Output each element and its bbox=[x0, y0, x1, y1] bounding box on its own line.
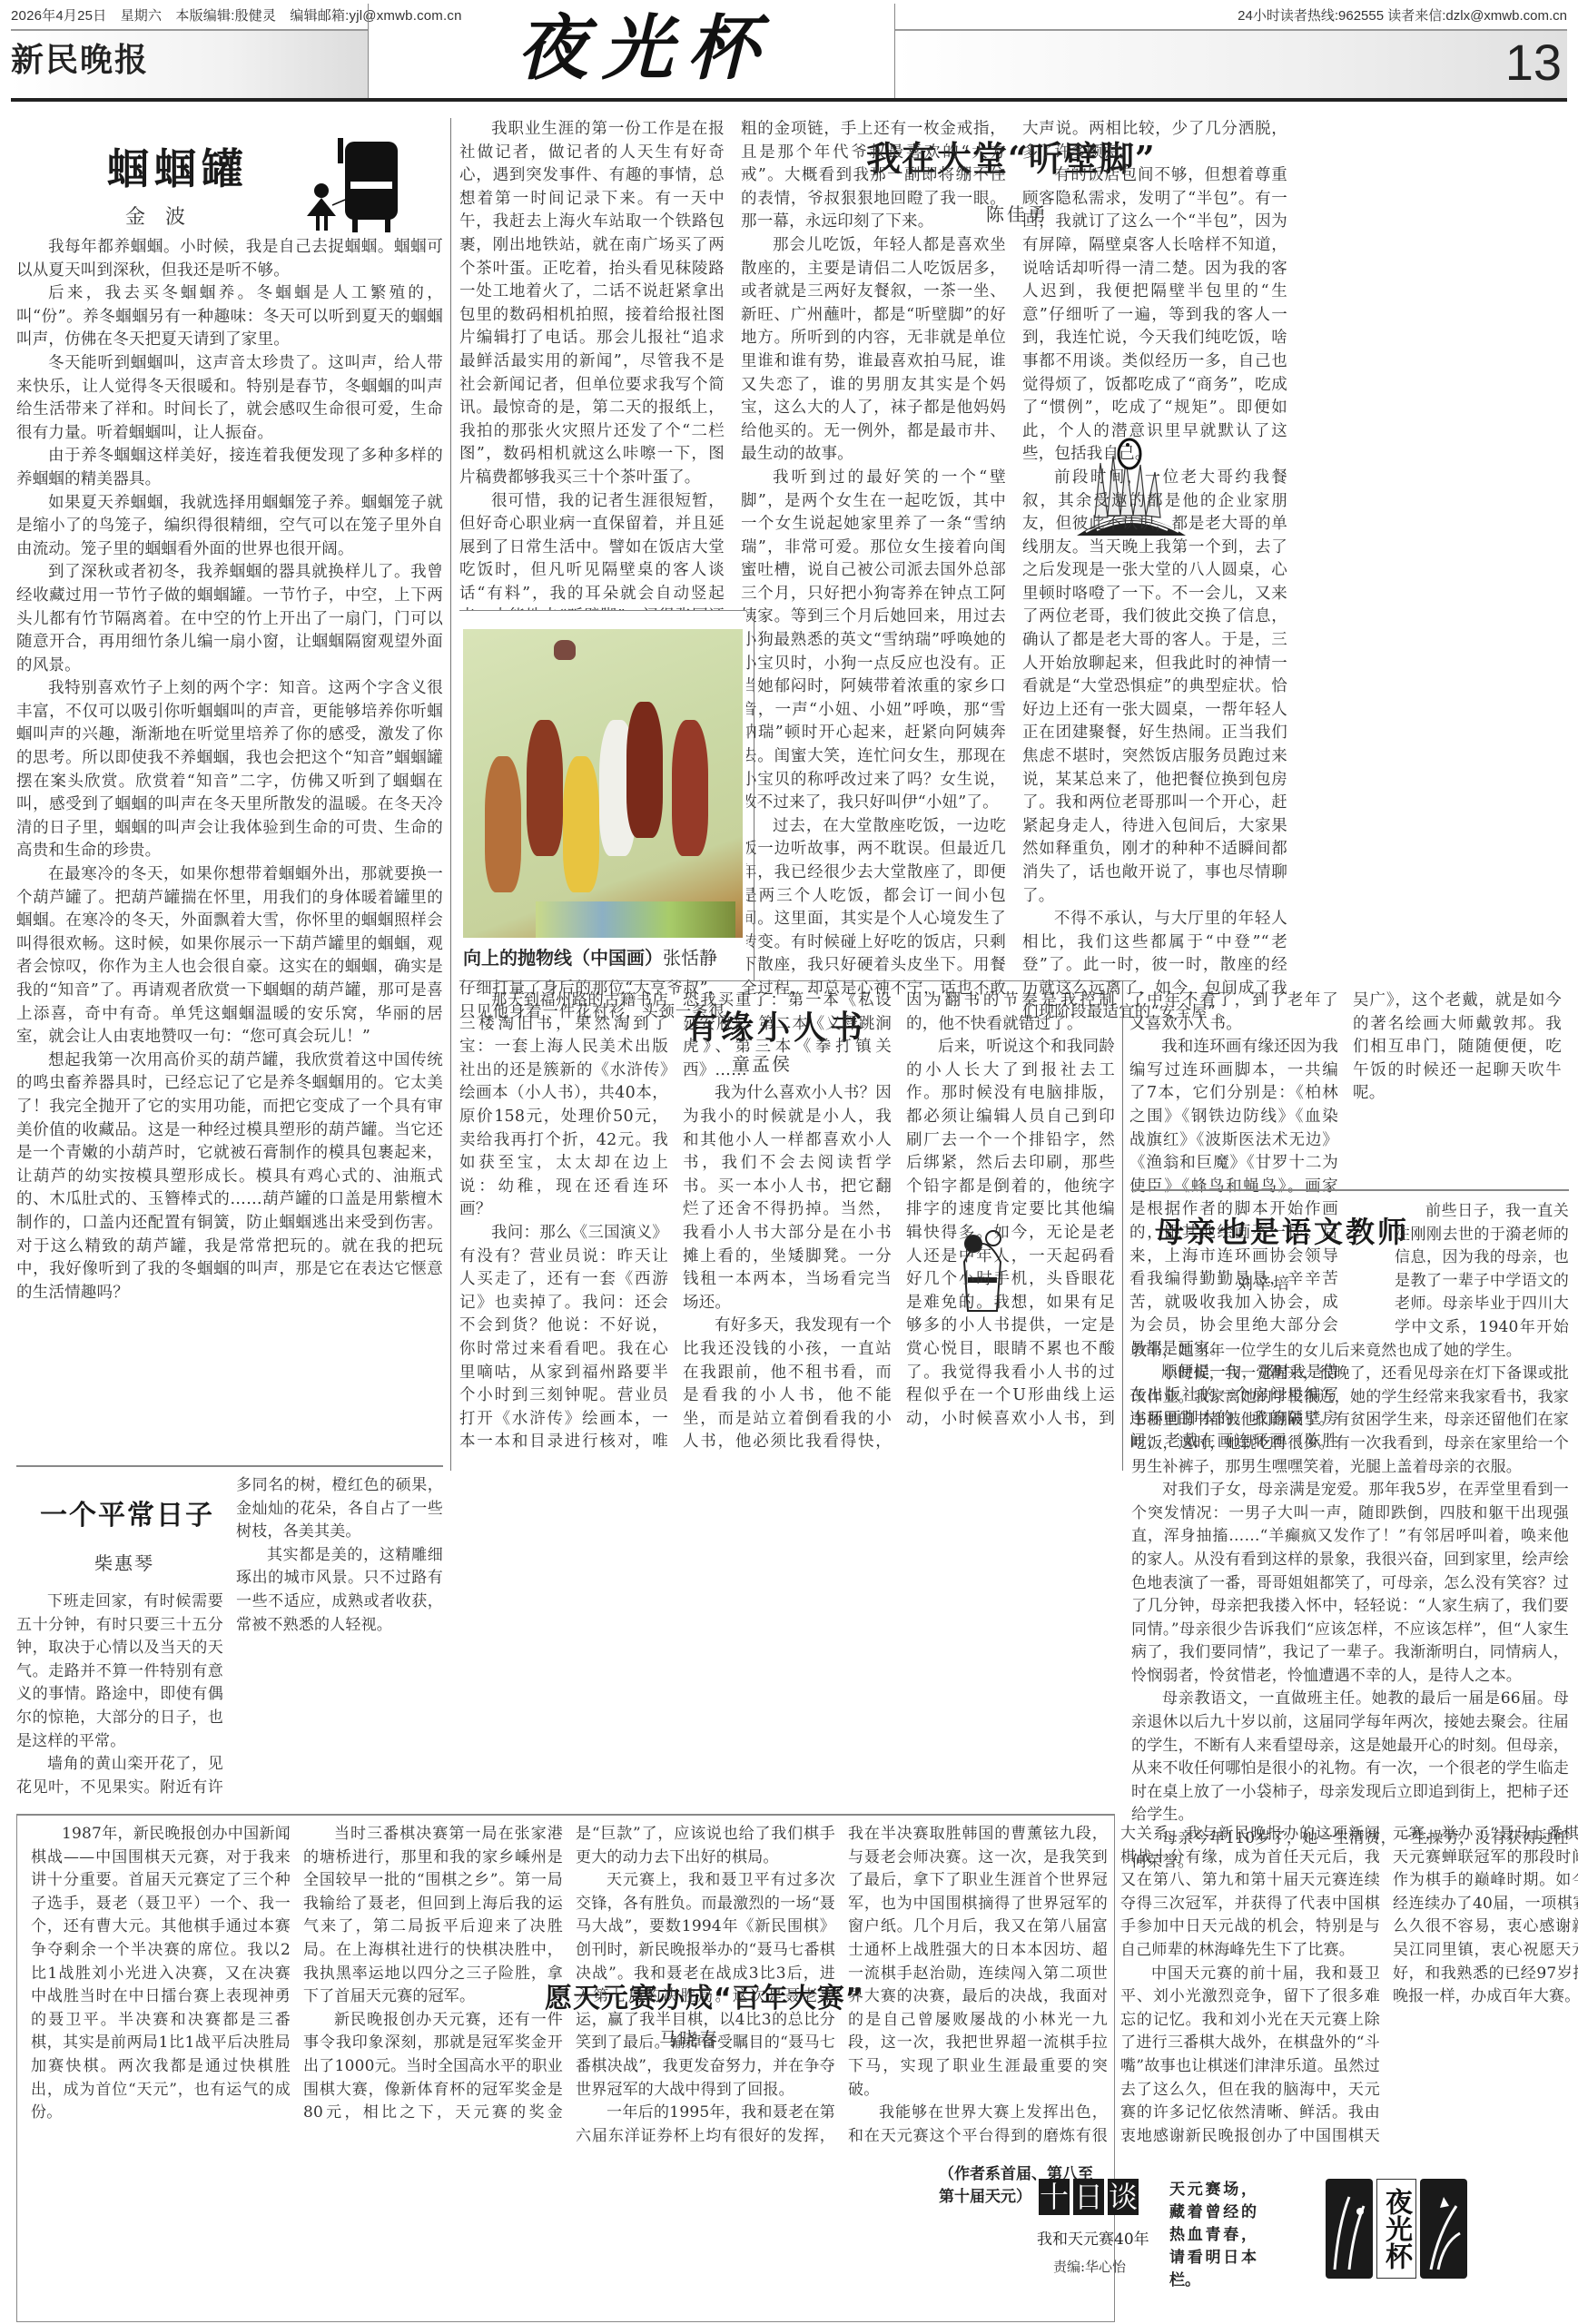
paragraph: 到了深秋或者初冬，我养蝈蝈的器具就换样儿了。我曾经收藏过用一节竹子做的蝈蝈罐。一… bbox=[16, 561, 443, 677]
paragraph: 我特别喜欢竹子上刻的两个字：知音。这两个字含义很丰富，不仅可以吸引你听蝈蝈叫的声… bbox=[16, 677, 443, 863]
section-divider bbox=[459, 980, 1131, 981]
ten-day-teaser: 天元赛场，藏着曾经的热血青春，请看明日本栏。 bbox=[1169, 2179, 1257, 2292]
article-comic-books: 有缘小人书 童孟侯 那天到福州路的古籍书店三楼淘旧书，果然淘到了宝：一套上海人民… bbox=[459, 990, 1115, 1471]
paper-name: 新民晚报 bbox=[11, 34, 149, 81]
article-body: 我每年都养蝈蝈。小时候，我是自己去捉蝈蝈。蝈蝈可以从夏天叫到深秋，但我还是听不够… bbox=[16, 236, 443, 1305]
column-divider bbox=[450, 118, 451, 1471]
paragraph: 母亲教语文，一直做班主任。她教的最后一届是66届。母亲退休以后九十岁以前，这届同… bbox=[1131, 1688, 1569, 1827]
paragraph: 如果夏天养蝈蝈，我就选择用蝈蝈笼子养。蝈蝈笼子就是缩小了的鸟笼子，编织得很精细，… bbox=[16, 492, 443, 562]
paragraph: 后来，我去买冬蝈蝈养。冬蝈蝈是人工繁殖的，叫“份”。养冬蝈蝈另有一种趣味：冬天可… bbox=[16, 282, 443, 352]
article-body: 那天到福州路的古籍书店三楼淘旧书，果然淘到了宝：一套上海人民美术出版社出的还是簇… bbox=[459, 990, 1115, 1471]
title-box bbox=[1131, 1189, 1569, 1191]
painting-title: 向上的抛物线（中国画） bbox=[463, 947, 663, 969]
badge-char: 日 bbox=[1073, 2179, 1104, 2215]
badge-char: 谈 bbox=[1108, 2179, 1139, 2215]
paragraph: 想起我第一次用高价买的葫芦罐，我欣赏着这中国传统的鸣虫畜养器具时，已经忘记了它是… bbox=[16, 1049, 443, 1305]
article-body: 1987年，新民晚报创办中国新闻棋战——中国围棋天元赛，对于我来讲十分重要。首届… bbox=[31, 1823, 1108, 2168]
article-title: 蝈蝈罐 bbox=[107, 136, 249, 196]
masthead-hotline: 24小时读者热线:962555 读者来信:dzlx@xmwb.com.cn bbox=[1238, 5, 1567, 25]
masthead-rule bbox=[11, 98, 1567, 102]
badge-char: 十 bbox=[1039, 2179, 1070, 2215]
painting-image bbox=[463, 629, 743, 938]
painting-artist: 张恬静 bbox=[663, 947, 717, 969]
paragraph: 其实都是美的，这精雕细琢出的城市风景。只不过路有一些不适应，成熟或者收获，常被不… bbox=[236, 1544, 443, 1637]
column-divider bbox=[754, 617, 754, 980]
masthead-date-editor: 2026年4月25日 星期六 本版编辑:殷健灵 编辑邮箱:yjl@xmwb.co… bbox=[11, 5, 462, 25]
footer-logo: 夜光杯 bbox=[1326, 2179, 1474, 2279]
masthead-divider bbox=[368, 4, 369, 102]
paragraph: 天元赛上，我和聂卫平有过多次交锋，各有胜负。而最激烈的一场“聂马大战”，要数19… bbox=[576, 1869, 835, 2102]
paragraph: 有的饭店包间不够，但想着尊重顾客隐私需求，发明了“半包”。有一回，我就订了这么一… bbox=[1022, 164, 1287, 467]
article-cricket-jar: 蝈蝈罐 金 波 我每年都养蝈蝈。小时候，我是自己去捉蝈蝈。蝈蝈可以从夏天叫到深秋… bbox=[16, 118, 443, 1434]
painting-figure: 向上的抛物线（中国画）张恬静 bbox=[459, 610, 746, 973]
article-body: 前些日子，我一直关注刚刚去世的于漪老师的信息，因为我的母亲，也是教了一辈子中学语… bbox=[1131, 1200, 1569, 1874]
child-and-cow-silhouette-icon bbox=[298, 134, 407, 234]
paragraph: 由于养冬蝈蝈这样美好，接连着我便发现了多种多样的养蝈蝈的精美器具。 bbox=[16, 445, 443, 491]
orchid-woodcut-seal-icon bbox=[1326, 2179, 1373, 2279]
article-ordinary-day: 一个平常日子 柴惠琴 下班走回家，有时候需要五十分钟，有时只要三十五分钟，取决于… bbox=[16, 1474, 443, 1810]
paragraph: 那天到福州路的古籍书店三楼淘旧书，果然淘到了宝：一套上海人民美术出版社出的还是簇… bbox=[459, 990, 668, 1222]
paragraph: 我为什么喜欢小人书？因为我小的时候就是小人，我和其他小人一样都喜欢小人书，我们不… bbox=[683, 1082, 892, 1315]
painting-caption: 向上的抛物线（中国画）张恬静 bbox=[463, 943, 717, 970]
orchid-woodcut-seal-icon bbox=[1420, 2179, 1467, 2279]
page-number: 13 bbox=[1505, 33, 1562, 92]
paragraph: 当时三番棋决赛第一局在张家港的塘桥进行，那里和我的家乡嵊州是全国较早一批的“围棋… bbox=[303, 1823, 563, 2009]
paragraph: 前段时间，一位老大哥约我餐叙，其余受邀的都是他的企业家朋友，但彼此不认识，都是老… bbox=[1022, 467, 1287, 908]
paragraph: 对我们子女，母亲满是宠爱。那年我5岁，在弄堂里看到一个突发情况：一男子大叫一声，… bbox=[1131, 1479, 1569, 1688]
paragraph: 小时候，我一觉醒来，很晚了，还看见母亲在灯下备课或批改作业。我家离她的学校很近，… bbox=[1131, 1363, 1569, 1479]
paragraph: 那会儿吃饭，年轻人都是喜欢坐散座的，主要是请侣二人吃饭居多，或者就是三两好友餐叙… bbox=[741, 234, 1006, 467]
article-byline: 金 波 bbox=[125, 202, 185, 230]
ten-day-editor: 责编:华心怡 bbox=[1053, 2257, 1126, 2276]
article-tianyuan: 愿天元赛办成“百年大赛” 马晓春 1987年，新民晚报创办中国新闻棋战——中国围… bbox=[31, 1823, 1108, 2313]
article-body: 下班走回家，有时候需要五十分钟，有时只要三十五分钟，取决于心情以及当天的天气。走… bbox=[16, 1474, 443, 1810]
section-logo: 夜光杯 bbox=[409, 2, 881, 96]
column-divider bbox=[1122, 980, 1123, 1471]
paragraph: 下班走回家，有时候需要五十分钟，有时只要三十五分钟，取决于心情以及当天的天气。走… bbox=[16, 1590, 223, 1753]
section-divider bbox=[16, 1465, 443, 1467]
paragraph: 我每年都养蝈蝈。小时候，我是自己去捉蝈蝈。蝈蝈可以从夏天叫到深秋，但我还是听不够… bbox=[16, 236, 443, 282]
paragraph: 冬天能听到蝈蝈叫，这声音太珍贵了。这叫声，给人带来快乐，让人觉得冬天很暖和。特别… bbox=[16, 352, 443, 445]
masthead-band-right bbox=[895, 29, 1567, 98]
paragraph: 我职业生涯的第一份工作是在报社做记者，做记者的人天生有好奇心，遇到突发事件、有趣… bbox=[459, 118, 725, 490]
paragraph: 1987年，新民晚报创办中国新闻棋战——中国围棋天元赛，对于我来讲十分重要。首届… bbox=[31, 1823, 291, 2125]
paragraph: 在最寒冷的冬天，如果你想带着蝈蝈外出，那就要换一个葫芦罐了。把葫芦罐揣在怀里，用… bbox=[16, 863, 443, 1049]
footer-logo-text: 夜光杯 bbox=[1376, 2179, 1416, 2279]
paragraph: 我听到过的最好笑的一个“壁脚”，是两个女生在一起吃饭，其中一个女生说起她家里养了… bbox=[741, 467, 1006, 815]
ten-day-series-title: 我和天元赛40年 bbox=[1037, 2226, 1149, 2249]
